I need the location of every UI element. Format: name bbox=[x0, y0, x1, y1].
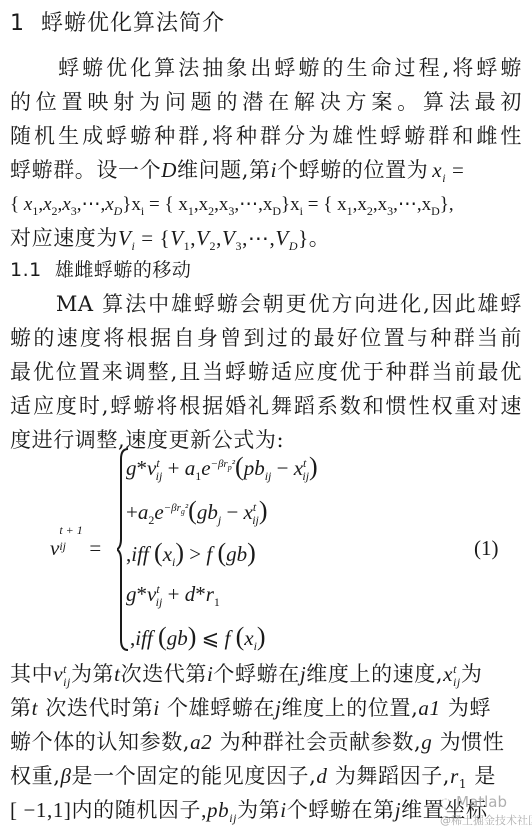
equation-case-5: ,iff (gb) ⩽ f (xi) bbox=[130, 622, 266, 652]
subsection-heading: 1.1 雄雌蜉蝣的移动 bbox=[10, 256, 522, 284]
paragraph-line: 蜉蝣优化算法抽象出蜉蝣的生命过程,将蜉蝣 bbox=[10, 54, 522, 82]
paragraph-line: 蝣的速度将根据自身曾到过的最好位置与种群当前 bbox=[10, 324, 522, 352]
paragraph-line: 权重,β是一个固定的能见度因子,d 为舞蹈因子,r1 是 bbox=[10, 762, 522, 790]
equation-case-2: +a2e−βrg²(gbj − xtij) bbox=[126, 496, 268, 526]
paragraph-line: 其中vtij为第t次迭代第i个蜉蝣在j维度上的速度,xtij为 bbox=[10, 660, 522, 688]
paragraph-line: 对应速度为Vi = {V1,V2,V3,⋯,VD}。 bbox=[10, 224, 522, 252]
math-x: x bbox=[432, 158, 442, 182]
equation-lhs: vt + 1ij= bbox=[50, 536, 101, 561]
subsection-number: 1.1 bbox=[10, 259, 42, 281]
paragraph-line: 第t 次迭代时第i 个雄蜉蝣在j维度上的位置,a1 为蜉 bbox=[10, 694, 522, 722]
subsection-title: 雄雌蜉蝣的移动 bbox=[55, 259, 192, 281]
math-position-sets: { x1,x2,x3,⋯,xD}xi = { x1,x2,x3,⋯,xD}xi … bbox=[10, 190, 522, 219]
paragraph-line: 的位置映射为问题的潜在解决方案。算法最初 bbox=[10, 88, 522, 116]
paragraph-line: 蜉蝣群。设一个D维问题,第i个蜉蝣的位置为xi = bbox=[10, 156, 522, 184]
paragraph-line: MA 算法中雄蜉蝣会朝更优方向进化,因此雄蜉 bbox=[10, 290, 522, 318]
watermark-logo: ◌ Matlab bbox=[440, 793, 507, 811]
paragraph-line: 最优位置来调整,且当蜉蝣适应度优于种群当前最优 bbox=[10, 358, 522, 386]
equation-case-3: ,iff (xi) > f (gb) bbox=[126, 538, 256, 568]
section-heading: 1 蜉蝣优化算法简介 bbox=[10, 10, 522, 38]
section-title: 蜉蝣优化算法简介 bbox=[41, 11, 225, 36]
paragraph-line: 蝣个体的认知参数,a2 为种群社会贡献参数,g 为惯性 bbox=[10, 728, 522, 756]
section-number: 1 bbox=[10, 11, 25, 36]
equation-case-4: g*vtij + d*r1 bbox=[126, 582, 220, 607]
paragraph-line: 随机生成蜉蝣种群,将种群分为雄性蜉蝣群和雌性 bbox=[10, 122, 522, 150]
wechat-icon: ◌ bbox=[440, 796, 451, 811]
equation-case-1: g*vtij + a1e−βrp²(pbij − xtij) bbox=[126, 452, 318, 482]
watermark-text: @稀土掘金技术社区 bbox=[440, 812, 532, 828]
paragraph-line: 度进行调整,速度更新公式为: bbox=[10, 426, 522, 454]
paragraph-line: 适应度时,蜉蝣将根据婚礼舞蹈系数和惯性权重对速 bbox=[10, 392, 522, 420]
equation-number: (1) bbox=[474, 536, 499, 561]
